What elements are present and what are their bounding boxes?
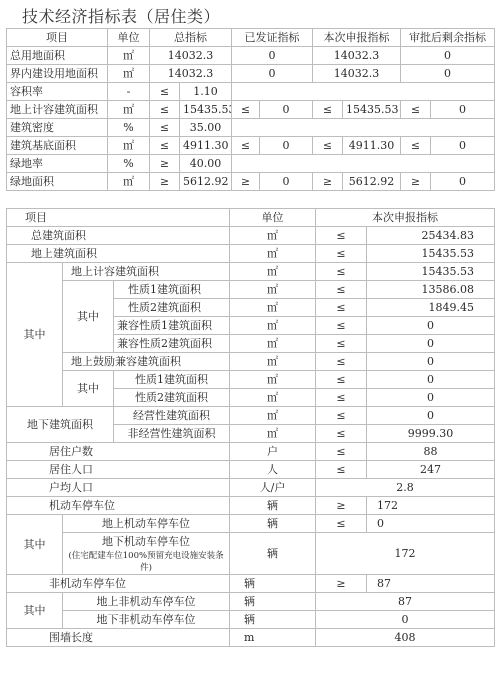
issued-operator: ≤ [232,137,260,155]
item-note: (住宅配建车位100%预留充电设施安装条件) [66,550,226,574]
value: 88 [367,443,495,461]
unit: 户 [230,443,316,461]
value: 172 [316,533,495,575]
unit: m [230,629,316,647]
operator: ≤ [316,425,367,443]
item-label: 界内建设用地面积 [7,65,108,83]
value: 15435.53 [367,263,495,281]
table-row: 非机动车停车位 辆 ≥ 87 [7,575,495,593]
table-row: 建筑基底面积 ㎡ ≤ 4911.30 ≤ 0 ≤ 4911.30 ≤ 0 [7,137,495,155]
empty-cell [232,119,495,137]
group-label: 其中 [7,593,63,629]
total-operator: ≥ [150,173,180,191]
total-operator: ≤ [150,137,180,155]
building-area-detail-table: 项目 单位 本次申报指标 总建筑面积 ㎡ ≤ 25434.83 地上建筑面积 ㎡… [6,208,495,647]
empty-cell [232,83,495,101]
unit: ㎡ [108,101,150,119]
group-label: 其中 [63,281,114,353]
table-row: 界内建设用地面积 ㎡ 14032.3 0 14032.3 0 [7,65,495,83]
operator: ≤ [316,317,367,335]
unit: % [108,155,150,173]
unit: ㎡ [230,407,316,425]
value: 13586.08 [367,281,495,299]
header-total: 总指标 [150,29,232,47]
issued-value: 0 [260,101,313,119]
value: 247 [367,461,495,479]
table-row: 机动车停车位 辆 ≥ 172 [7,497,495,515]
group-label: 其中 [7,515,63,575]
operator: ≤ [316,389,367,407]
current-value: 14032.3 [313,65,401,83]
unit: 人/户 [230,479,316,497]
remaining-operator: ≤ [401,137,431,155]
value: 0 [367,353,495,371]
operator: ≤ [316,263,367,281]
total-value: 35.00 [180,119,232,137]
table-row: 总用地面积 ㎡ 14032.3 0 14032.3 0 [7,47,495,65]
table-row: 地下建筑面积 经营性建筑面积 ㎡ ≤ 0 [7,407,495,425]
total-value: 4911.30 [180,137,232,155]
operator: ≤ [316,353,367,371]
total-operator: ≤ [150,119,180,137]
unit: 人 [230,461,316,479]
operator: ≤ [316,443,367,461]
item-label: 绿地面积 [7,173,108,191]
operator: ≤ [316,371,367,389]
issued-value: 0 [260,173,313,191]
unit: ㎡ [230,299,316,317]
item-label: 机动车停车位 [7,497,230,515]
remaining-value: 0 [401,47,495,65]
item-label-cell: 地下机动车停车位 (住宅配建车位100%预留充电设施安装条件) [63,533,230,575]
unit: % [108,119,150,137]
value: 0 [367,407,495,425]
remaining-operator: ≤ [401,101,431,119]
item-label: 围墙长度 [7,629,230,647]
unit: 辆 [230,515,316,533]
item-label: 总用地面积 [7,47,108,65]
operator: ≤ [316,299,367,317]
item-label: 建筑密度 [7,119,108,137]
value: 25434.83 [367,227,495,245]
unit: ㎡ [230,263,316,281]
item-label: 绿地率 [7,155,108,173]
item-label: 地上建筑面积 [7,245,230,263]
operator: ≥ [316,497,367,515]
header-current: 本次申报指标 [316,209,495,227]
table-row: 居住人口 人 ≤ 247 [7,461,495,479]
remaining-value: 0 [431,101,495,119]
total-value: 14032.3 [150,65,232,83]
table-row: 户均人口 人/户 2.8 [7,479,495,497]
item-label: 总建筑面积 [7,227,230,245]
unit: ㎡ [108,137,150,155]
table-row: 地上建筑面积 ㎡ ≤ 15435.53 [7,245,495,263]
remaining-operator: ≥ [401,173,431,191]
current-operator: ≤ [313,101,343,119]
header-remaining: 审批后剩余指标 [401,29,495,47]
unit: 辆 [230,533,316,575]
header-item: 项目 [7,209,230,227]
unit: ㎡ [108,173,150,191]
table-row: 其中 地上机动车停车位 辆 ≤ 0 [7,515,495,533]
unit: 辆 [230,497,316,515]
current-value: 14032.3 [313,47,401,65]
table-row: 地下机动车停车位 (住宅配建车位100%预留充电设施安装条件) 辆 172 [7,533,495,575]
table-row: 绿地率 % ≥ 40.00 [7,155,495,173]
header-unit: 单位 [230,209,316,227]
item-label: 居住户数 [7,443,230,461]
total-value: 14032.3 [150,47,232,65]
header-unit: 单位 [108,29,150,47]
item-label: 建筑基底面积 [7,137,108,155]
value: 87 [367,575,495,593]
value: 0 [367,335,495,353]
unit: ㎡ [230,281,316,299]
total-value: 5612.92 [180,173,232,191]
header-current: 本次申报指标 [313,29,401,47]
issued-value: 0 [232,65,313,83]
unit: ㎡ [108,65,150,83]
table-row: 容积率 - ≤ 1.10 [7,83,495,101]
item-label: 地下建筑面积 [7,407,114,443]
empty-cell [232,155,495,173]
issued-operator: ≥ [232,173,260,191]
item-label: 性质1建筑面积 [114,281,230,299]
table-row: 居住户数 户 ≤ 88 [7,443,495,461]
header-row: 项目 单位 本次申报指标 [7,209,495,227]
remaining-value: 0 [431,137,495,155]
value: 9999.30 [367,425,495,443]
operator: ≤ [316,335,367,353]
item-label: 地下机动车停车位 [66,533,226,550]
unit: 辆 [230,575,316,593]
unit: ㎡ [230,425,316,443]
current-value: 15435.53 [343,101,401,119]
item-label: 居住人口 [7,461,230,479]
operator: ≤ [316,407,367,425]
header-item: 项目 [7,29,108,47]
item-label: 容积率 [7,83,108,101]
value: 0 [367,317,495,335]
total-value: 1.10 [180,83,232,101]
operator: ≤ [316,227,367,245]
table-row: 其中 性质1建筑面积 ㎡ ≤ 0 [7,371,495,389]
item-label: 地上计容建筑面积 [7,101,108,119]
value: 2.8 [316,479,495,497]
issued-value: 0 [260,137,313,155]
table-row: 地下非机动车停车位 辆 0 [7,611,495,629]
table-row: 地上鼓励兼容建筑面积 ㎡ ≤ 0 [7,353,495,371]
issued-operator: ≤ [232,101,260,119]
table-row: 其中 地上非机动车停车位 辆 87 [7,593,495,611]
operator: ≤ [316,281,367,299]
unit: ㎡ [230,353,316,371]
item-label: 性质2建筑面积 [114,299,230,317]
table-row: 总建筑面积 ㎡ ≤ 25434.83 [7,227,495,245]
group-label: 其中 [63,371,114,407]
sub-item-label: 经营性建筑面积 [114,407,230,425]
unit: ㎡ [230,371,316,389]
item-label: 非机动车停车位 [7,575,230,593]
table-row: 建筑密度 % ≤ 35.00 [7,119,495,137]
table-row: 其中 性质1建筑面积 ㎡ ≤ 13586.08 [7,281,495,299]
remaining-value: 0 [431,173,495,191]
item-label: 地下非机动车停车位 [63,611,230,629]
table-row: 围墙长度 m 408 [7,629,495,647]
header-row: 项目 单位 总指标 已发证指标 本次申报指标 审批后剩余指标 [7,29,495,47]
unit: ㎡ [230,245,316,263]
unit: 辆 [230,611,316,629]
item-label: 户均人口 [7,479,230,497]
value: 1849.45 [367,299,495,317]
indicator-summary-table: 项目 单位 总指标 已发证指标 本次申报指标 审批后剩余指标 总用地面积 ㎡ 1… [6,28,495,191]
item-label: 性质1建筑面积 [114,371,230,389]
remaining-value: 0 [401,65,495,83]
header-issued: 已发证指标 [232,29,313,47]
total-value: 40.00 [180,155,232,173]
issued-value: 0 [232,47,313,65]
item-label: 地上鼓励兼容建筑面积 [63,353,230,371]
item-label: 兼容性质1建筑面积 [114,317,230,335]
unit: ㎡ [108,47,150,65]
table-row: 绿地面积 ㎡ ≥ 5612.92 ≥ 0 ≥ 5612.92 ≥ 0 [7,173,495,191]
unit: ㎡ [230,335,316,353]
item-label: 兼容性质2建筑面积 [114,335,230,353]
unit: - [108,83,150,101]
value: 15435.53 [367,245,495,263]
value: 0 [367,371,495,389]
page-title: 技术经济指标表（居住类） [22,4,220,27]
current-value: 5612.92 [343,173,401,191]
operator: ≤ [316,515,367,533]
value: 0 [316,611,495,629]
value: 408 [316,629,495,647]
item-label: 地上机动车停车位 [63,515,230,533]
table-row: 地上计容建筑面积 ㎡ ≤ 15435.53 ≤ 0 ≤ 15435.53 ≤ 0 [7,101,495,119]
group-label: 其中 [7,263,63,407]
value: 0 [367,515,495,533]
total-value: 15435.53 [180,101,232,119]
value: 172 [367,497,495,515]
unit: ㎡ [230,227,316,245]
unit: ㎡ [230,317,316,335]
value: 0 [367,389,495,407]
item-label: 地上非机动车停车位 [63,593,230,611]
current-value: 4911.30 [343,137,401,155]
current-operator: ≤ [313,137,343,155]
table-row: 其中 地上计容建筑面积 ㎡ ≤ 15435.53 [7,263,495,281]
unit: 辆 [230,593,316,611]
operator: ≥ [316,575,367,593]
total-operator: ≥ [150,155,180,173]
operator: ≤ [316,245,367,263]
unit: ㎡ [230,389,316,407]
value: 87 [316,593,495,611]
item-label: 地上计容建筑面积 [63,263,230,281]
sub-item-label: 非经营性建筑面积 [114,425,230,443]
current-operator: ≥ [313,173,343,191]
item-label: 性质2建筑面积 [114,389,230,407]
total-operator: ≤ [150,83,180,101]
total-operator: ≤ [150,101,180,119]
operator: ≤ [316,461,367,479]
